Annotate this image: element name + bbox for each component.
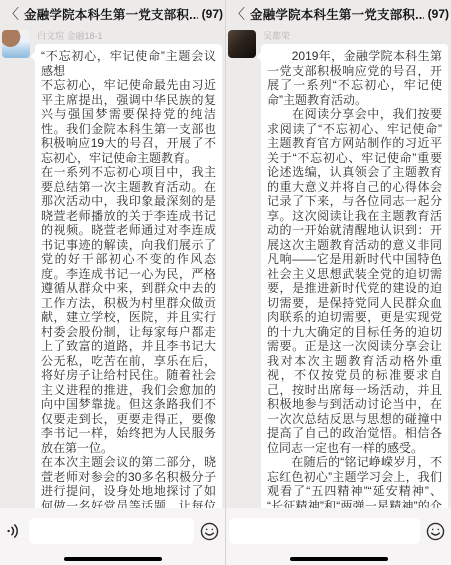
back-icon[interactable]: 〈 <box>231 7 245 21</box>
message-body: 白文瑄 金融18-1 “不忘初心，牢记使命”主题会议感想 不忘初心，牢记使命最先… <box>35 30 222 508</box>
message-bubble[interactable]: 2019年，金融学院本科生第一党支部积极响应党的号召，开展了一系列“不忘初心，牢… <box>261 44 448 508</box>
emoji-icon[interactable] <box>198 520 220 542</box>
sender-name: 白文瑄 金融18-1 <box>37 31 222 41</box>
back-icon[interactable]: 〈 <box>5 7 19 21</box>
message: 吴都荣 2019年，金融学院本科生第一党支部积极响应党的号召，开展了一系列“不忘… <box>228 30 448 508</box>
sender-name: 吴都荣 <box>263 31 448 41</box>
wechat-dual-screenshot: 〈 金融学院本科生第一党支部积... (97) 白文瑄 金融18-1 “不忘初心… <box>0 0 451 565</box>
message-input[interactable] <box>229 518 420 544</box>
chat-header: 〈 金融学院本科生第一党支部积... (97) <box>0 0 225 25</box>
chat-panel-left: 〈 金融学院本科生第一党支部积... (97) 白文瑄 金融18-1 “不忘初心… <box>0 0 225 565</box>
chat-title: 金融学院本科生第一党支部积... <box>24 5 198 23</box>
message-bubble[interactable]: “不忘初心，牢记使命”主题会议感想 不忘初心，牢记使命最先由习近平主席提出，强调… <box>35 44 222 508</box>
home-indicator[interactable] <box>64 557 162 561</box>
message-area[interactable]: 吴都荣 2019年，金融学院本科生第一党支部积极响应党的号召，开展了一系列“不忘… <box>226 27 451 508</box>
message: 白文瑄 金融18-1 “不忘初心，牢记使命”主题会议感想 不忘初心，牢记使命最先… <box>2 30 222 508</box>
avatar[interactable] <box>228 30 256 58</box>
voice-icon[interactable] <box>3 520 25 542</box>
chat-panel-right: 〈 金融学院本科生第一党支部积... (97) 吴都荣 2019年，金融学院本科… <box>225 0 451 565</box>
chat-header: 〈 金融学院本科生第一党支部积... (97) <box>226 0 451 25</box>
message-input[interactable] <box>29 518 194 544</box>
input-bar <box>0 508 225 565</box>
input-bar <box>226 508 451 565</box>
message-body: 吴都荣 2019年，金融学院本科生第一党支部积极响应党的号召，开展了一系列“不忘… <box>261 30 448 508</box>
chat-title: 金融学院本科生第一党支部积... <box>250 5 424 23</box>
home-indicator[interactable] <box>290 557 388 561</box>
member-count: (97) <box>428 7 449 21</box>
member-count: (97) <box>202 7 223 21</box>
emoji-icon[interactable] <box>424 520 446 542</box>
avatar[interactable] <box>2 30 30 58</box>
message-area[interactable]: 白文瑄 金融18-1 “不忘初心，牢记使命”主题会议感想 不忘初心，牢记使命最先… <box>0 27 225 508</box>
